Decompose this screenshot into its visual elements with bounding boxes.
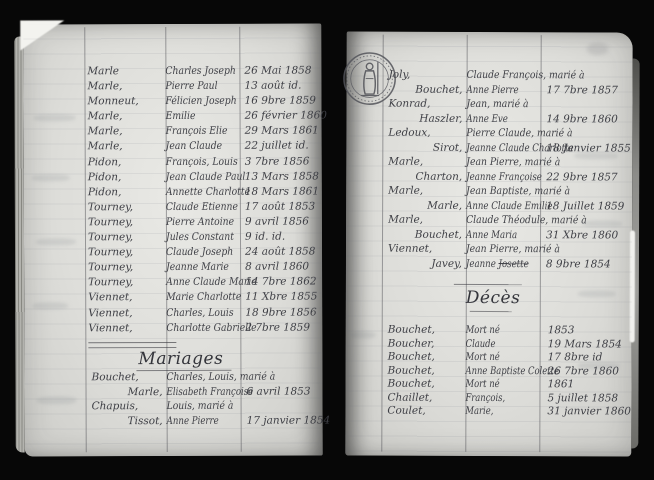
marriages-list-right: Joly, Claude François, marié à Bouchet, … [346,68,633,272]
marriage-line-husband: Konrad, Jean, marié à [382,97,632,112]
given-name-cell: Jean Claude Paul [166,169,231,184]
surname-cell: Bouchet, [382,364,466,378]
husband-given-cell: Jean Pierre, marié à [466,242,612,257]
wife-given-text: Jeanne Claude Charlotte [466,141,573,153]
birth-row: Monneut, Félicien Joseph 16 9bre 1859 [84,94,321,110]
date-cell: 9 id. id. [240,230,322,245]
husband-surname-cell: Joly, [383,68,467,83]
death-row: Boucher, Claude 19 Mars 1854 [382,337,632,351]
death-row: Bouchet, Mort né 1853 [382,324,632,338]
husband-surname-cell: Konrad, [382,97,466,112]
birth-row: Marle, Pierre Paul 13 août id. [84,79,321,95]
given-name-cell: Pierre Paul [165,79,230,94]
given-name-cell: Anne Baptiste Colette [466,364,525,378]
husband-surname-cell: Marle, [382,213,466,228]
marriage-line-wife: Charton, Jeanne Françoise 22 9bre 1857 [382,169,632,184]
given-name-cell: Jules Constant [166,230,231,245]
husband-surname-cell: Marle, [382,155,466,170]
bleedthrough-smudge [574,152,618,159]
date-cell: 26 Mai 1858 [239,63,321,78]
marriage-entry: Marle, Claude Théodule, marié à Bouchet,… [346,213,632,243]
wife-given-cell: Anne Pierre [167,413,228,428]
surname-cell: Pidon, [85,185,166,200]
given-name-cell: Pierre Antoine [166,215,231,230]
surname-cell: Bouchet, [381,378,465,392]
marriage-line-wife: Javey, Jeanne Josette 8 9bre 1854 [382,256,632,271]
date-cell: 17 août 1853 [240,199,322,214]
wife-surname-cell: Haszler, [382,111,466,126]
marriage-date-cell: 17 7bre 1857 [541,83,633,98]
death-row: Chaillet, François, 5 juillet 1858 [381,391,631,405]
surname-cell: Viennet, [85,321,166,336]
wife-given-cell: Anne Pierre [467,82,528,97]
wife-given-cell: Jeanne Françoise [466,169,527,184]
left-page: Marle Charles Joseph 26 Mai 1858 Marle, … [23,23,323,456]
date-cell: 31 janvier 1860 [539,405,631,419]
marriage-line-wife: Tissot, Anne Pierre 17 janvier 1854 [86,413,323,428]
birth-row: Tourney, Anne Claude Marie 14 7bre 1862 [85,275,322,291]
marriage-entry: Bouchet, Charles, Louis, marié à Marle, … [24,369,322,399]
birth-row: Marle, Emilie 26 février 1860 [85,109,322,125]
marriage-entry: Konrad, Jean, marié à Haszler, Anne Eve … [346,97,632,127]
date-cell: 19 Mars 1854 [540,338,632,352]
death-row: Coulet, Marie, 31 janvier 1860 [381,405,631,419]
births-list: Marle Charles Joseph 26 Mai 1858 Marle, … [23,63,322,336]
marriage-date-cell: 8 9bre 1854 [540,257,632,272]
husband-given-cell: Jean Baptiste, marié à [466,184,612,199]
surname-cell: Viennet, [85,306,166,321]
bleedthrough-smudge [578,290,616,297]
marriage-line-husband: Chapuis, Louis, marié à [86,398,323,413]
surname-cell: Pidon, [85,155,166,170]
wife-surname-cell: Sirot, [382,140,466,155]
wife-surname-cell: Marle, [382,198,466,213]
given-name-cell: Claude Etienne [166,200,231,215]
surname-cell: Marle, [85,109,166,124]
wife-surname-cell: Marle, [86,385,167,400]
mariages-heading: Mariages [136,349,231,371]
given-name-cell: Félicien Joseph [165,94,230,109]
wife-surname-cell: Bouchet, [382,227,466,242]
given-name-cell: Claude [466,337,525,351]
date-cell: 1861 [539,378,631,392]
given-name-cell: Anne Claude Marie [166,275,231,290]
birth-row: Viennet, Charles, Louis 18 9bre 1856 [85,305,322,321]
birth-row: Marle, François Elie 29 Mars 1861 [85,124,322,140]
date-cell: 13 août id. [239,79,321,94]
wife-given-cell: Anne Claude Emilie [466,198,527,213]
bleedthrough-smudge [578,362,620,369]
date-cell: 3 7bre 1856 [240,154,322,169]
given-name-cell: François Elie [166,124,231,139]
husband-given-cell: Louis, marié à [167,399,304,414]
surname-cell: Marle, [85,124,166,139]
date-cell: 24 août 1858 [240,245,322,260]
husband-surname-cell: Bouchet, [85,370,166,385]
birth-row: Tourney, Claude Etienne 17 août 1853 [85,199,322,215]
date-cell: 8 avril 1860 [240,260,322,275]
marriage-date-cell: 22 9bre 1857 [540,170,632,185]
birth-row: Marle, Jean Claude 22 juillet id. [85,139,322,155]
bleedthrough-smudge [32,302,68,309]
wife-given-text: Anne Claude Emilie [466,199,552,211]
bleedthrough-smudge [350,332,376,339]
husband-given-cell: Claude François, marié à [467,68,613,83]
wife-given-cell: Jeanne Claude Charlotte [466,140,527,155]
surname-cell: Chaillet, [381,391,465,405]
date-cell: 13 Mars 1858 [240,169,322,184]
surname-cell: Tourney, [85,215,166,230]
marriage-line-wife: Marle, Anne Claude Emilie 18 Juillet 185… [382,198,632,213]
given-name-cell: Mort né [466,351,525,365]
surname-cell: Tourney, [85,245,166,260]
given-name-cell: Charlotte Gabrielle [166,320,231,335]
husband-given-cell: Jean, marié à [466,97,612,112]
right-page: Joly, Claude François, marié à Bouchet, … [345,32,632,457]
given-name-cell: Mort né [466,324,525,338]
date-cell: 11 Xbre 1855 [240,290,322,305]
given-name-cell: Jeanne Marie [166,260,231,275]
pencil-page-mark [587,42,609,55]
surname-cell: Pidon, [85,170,166,185]
bleedthrough-smudge [582,220,622,227]
date-cell: 18 9bre 1856 [240,305,322,320]
wife-given-cell: Elisabeth Françoise [167,384,228,399]
marriage-line-wife: Bouchet, Anne Pierre 17 7bre 1857 [383,82,633,97]
date-cell: 26 février 1860 [240,109,327,124]
given-name-cell: François, Louis [166,154,231,169]
surname-cell: Tourney, [85,200,166,215]
surname-cell: Monneut, [84,94,165,109]
given-name-cell: Claude Joseph [166,245,231,260]
date-cell: 5 juillet 1858 [539,392,631,406]
given-name-cell: Emilie [166,109,231,124]
marriage-date-cell: 18 Juillet 1859 [540,199,632,214]
bleedthrough-smudge [34,114,76,121]
marriage-line-husband: Viennet, Jean Pierre, marié à [382,242,632,257]
husband-surname-cell: Ledoux, [382,126,466,141]
deaths-list: Bouchet, Mort né 1853 Boucher, Claude 19… [345,324,631,419]
marriage-line-husband: Ledoux, Pierre Claude, marié à [382,126,632,141]
birth-row: Tourney, Claude Joseph 24 août 1858 [85,245,322,261]
date-cell: 18 Mars 1861 [240,184,322,199]
marriage-date-cell: 17 janvier 1854 [241,413,331,428]
wife-surname-cell: Javey, [382,256,466,271]
birth-row: Viennet, Marie Charlotte 11 Xbre 1855 [85,290,322,306]
surname-cell: Bouchet, [382,324,466,338]
wife-given-cell: Anne Maria [466,227,527,242]
birth-row: Pidon, Jean Claude Paul 13 Mars 1858 [85,169,322,185]
wife-given-cell: Jeanne Josette [466,256,527,271]
marriage-entry: Ledoux, Pierre Claude, marié à Sirot, Je… [346,126,632,156]
date-cell: 16 9bre 1859 [239,94,321,109]
surname-cell: Marle, [84,79,165,94]
given-name-cell: Mort né [465,378,524,392]
wife-surname-cell: Charton, [382,169,466,184]
birth-row: Tourney, Jules Constant 9 id. id. [85,230,322,246]
deces-heading: Décès [466,288,521,308]
birth-row: Tourney, Jeanne Marie 8 avril 1860 [85,260,322,276]
given-name-cell: Charles, Louis [166,305,231,320]
husband-surname-cell: Marle, [382,184,466,199]
death-row: Bouchet, Mort né 1861 [381,378,631,392]
bleedthrough-smudge [32,174,70,181]
given-name-cell: François, [465,391,524,405]
marriage-line-wife: Bouchet, Anne Maria 31 Xbre 1860 [382,227,632,242]
marriage-entry: Viennet, Jean Pierre, marié à Javey, Jea… [346,242,632,272]
marriage-date-cell: 31 Xbre 1860 [540,228,632,243]
wife-given-text: Jeanne Françoise [466,170,542,182]
wife-given-struck-text: Josette [499,258,529,270]
surname-cell: Bouchet, [382,351,466,365]
wife-given-text: Anne Pierre [167,414,219,426]
husband-surname-cell: Chapuis, [86,399,167,414]
surname-cell: Coulet, [381,405,465,419]
bleedthrough-smudge [36,238,76,245]
marriage-line-wife: Marle, Elisabeth Françoise 6 avril 1853 [86,384,323,399]
birth-row: Tourney, Pierre Antoine 9 avril 1856 [85,214,322,230]
date-cell: 29 Mars 1861 [240,124,322,139]
surname-cell: Marle, [85,139,166,154]
wife-given-cell: Anne Eve [466,111,527,126]
surname-cell: Tourney, [85,260,166,275]
corner-fold-top-left [20,20,64,50]
date-cell: 1853 [540,324,632,338]
marriage-entry: Joly, Claude François, marié à Bouchet, … [347,68,633,98]
surname-cell: Viennet, [85,290,166,305]
given-name-cell: Charles Joseph [165,64,230,79]
marriage-line-husband: Joly, Claude François, marié à [383,68,633,83]
wife-given-text: Anne Pierre [467,83,519,95]
birth-row: Pidon, Annette Charlotte 18 Mars 1861 [85,184,322,200]
surname-cell: Tourney, [85,230,166,245]
wife-given-text: Anne Maria [466,228,517,240]
marriage-line-husband: Marle, Jean Baptiste, marié à [382,184,632,199]
date-cell: 22 juillet id. [240,139,322,154]
husband-surname-cell: Viennet, [382,242,466,257]
marriage-line-husband: Bouchet, Charles, Louis, marié à [85,369,322,384]
given-name-cell: Marie Charlotte [166,290,231,305]
surname-cell: Boucher, [382,337,466,351]
date-cell: 9 avril 1856 [240,214,322,229]
marriage-date-cell: 14 9bre 1860 [540,112,632,127]
wife-given-text: Anne Eve [466,112,507,124]
surname-cell: Tourney, [85,275,166,290]
birth-row: Pidon, François, Louis 3 7bre 1856 [85,154,322,170]
birth-row: Marle Charles Joseph 26 Mai 1858 [84,63,321,79]
given-name-cell: Jean Claude [166,139,231,154]
wife-given-text: Jeanne [466,257,499,269]
bleedthrough-smudge [37,396,77,404]
husband-given-cell: Charles, Louis, marié à [166,370,303,385]
given-name-cell: Marie, [465,405,524,419]
marriage-line-wife: Haszler, Anne Eve 14 9bre 1860 [382,111,632,126]
wife-surname-cell: Bouchet, [383,82,467,97]
birth-row: Viennet, Charlotte Gabrielle 2 7bre 1859 [85,320,322,336]
register-book-scan: Marle Charles Joseph 26 Mai 1858 Marle, … [0,0,654,480]
surname-cell: Marle [84,64,165,79]
corner-fold-bottom-left [21,439,55,459]
marriage-entry: Marle, Jean Baptiste, marié à Marle, Ann… [346,184,632,214]
section-separator [88,342,176,348]
husband-given-cell: Pierre Claude, marié à [466,126,612,141]
wife-given-text: Elisabeth Françoise [167,385,254,397]
given-name-cell: Annette Charlotte [166,185,231,200]
wife-surname-cell: Tissot, [86,414,167,429]
